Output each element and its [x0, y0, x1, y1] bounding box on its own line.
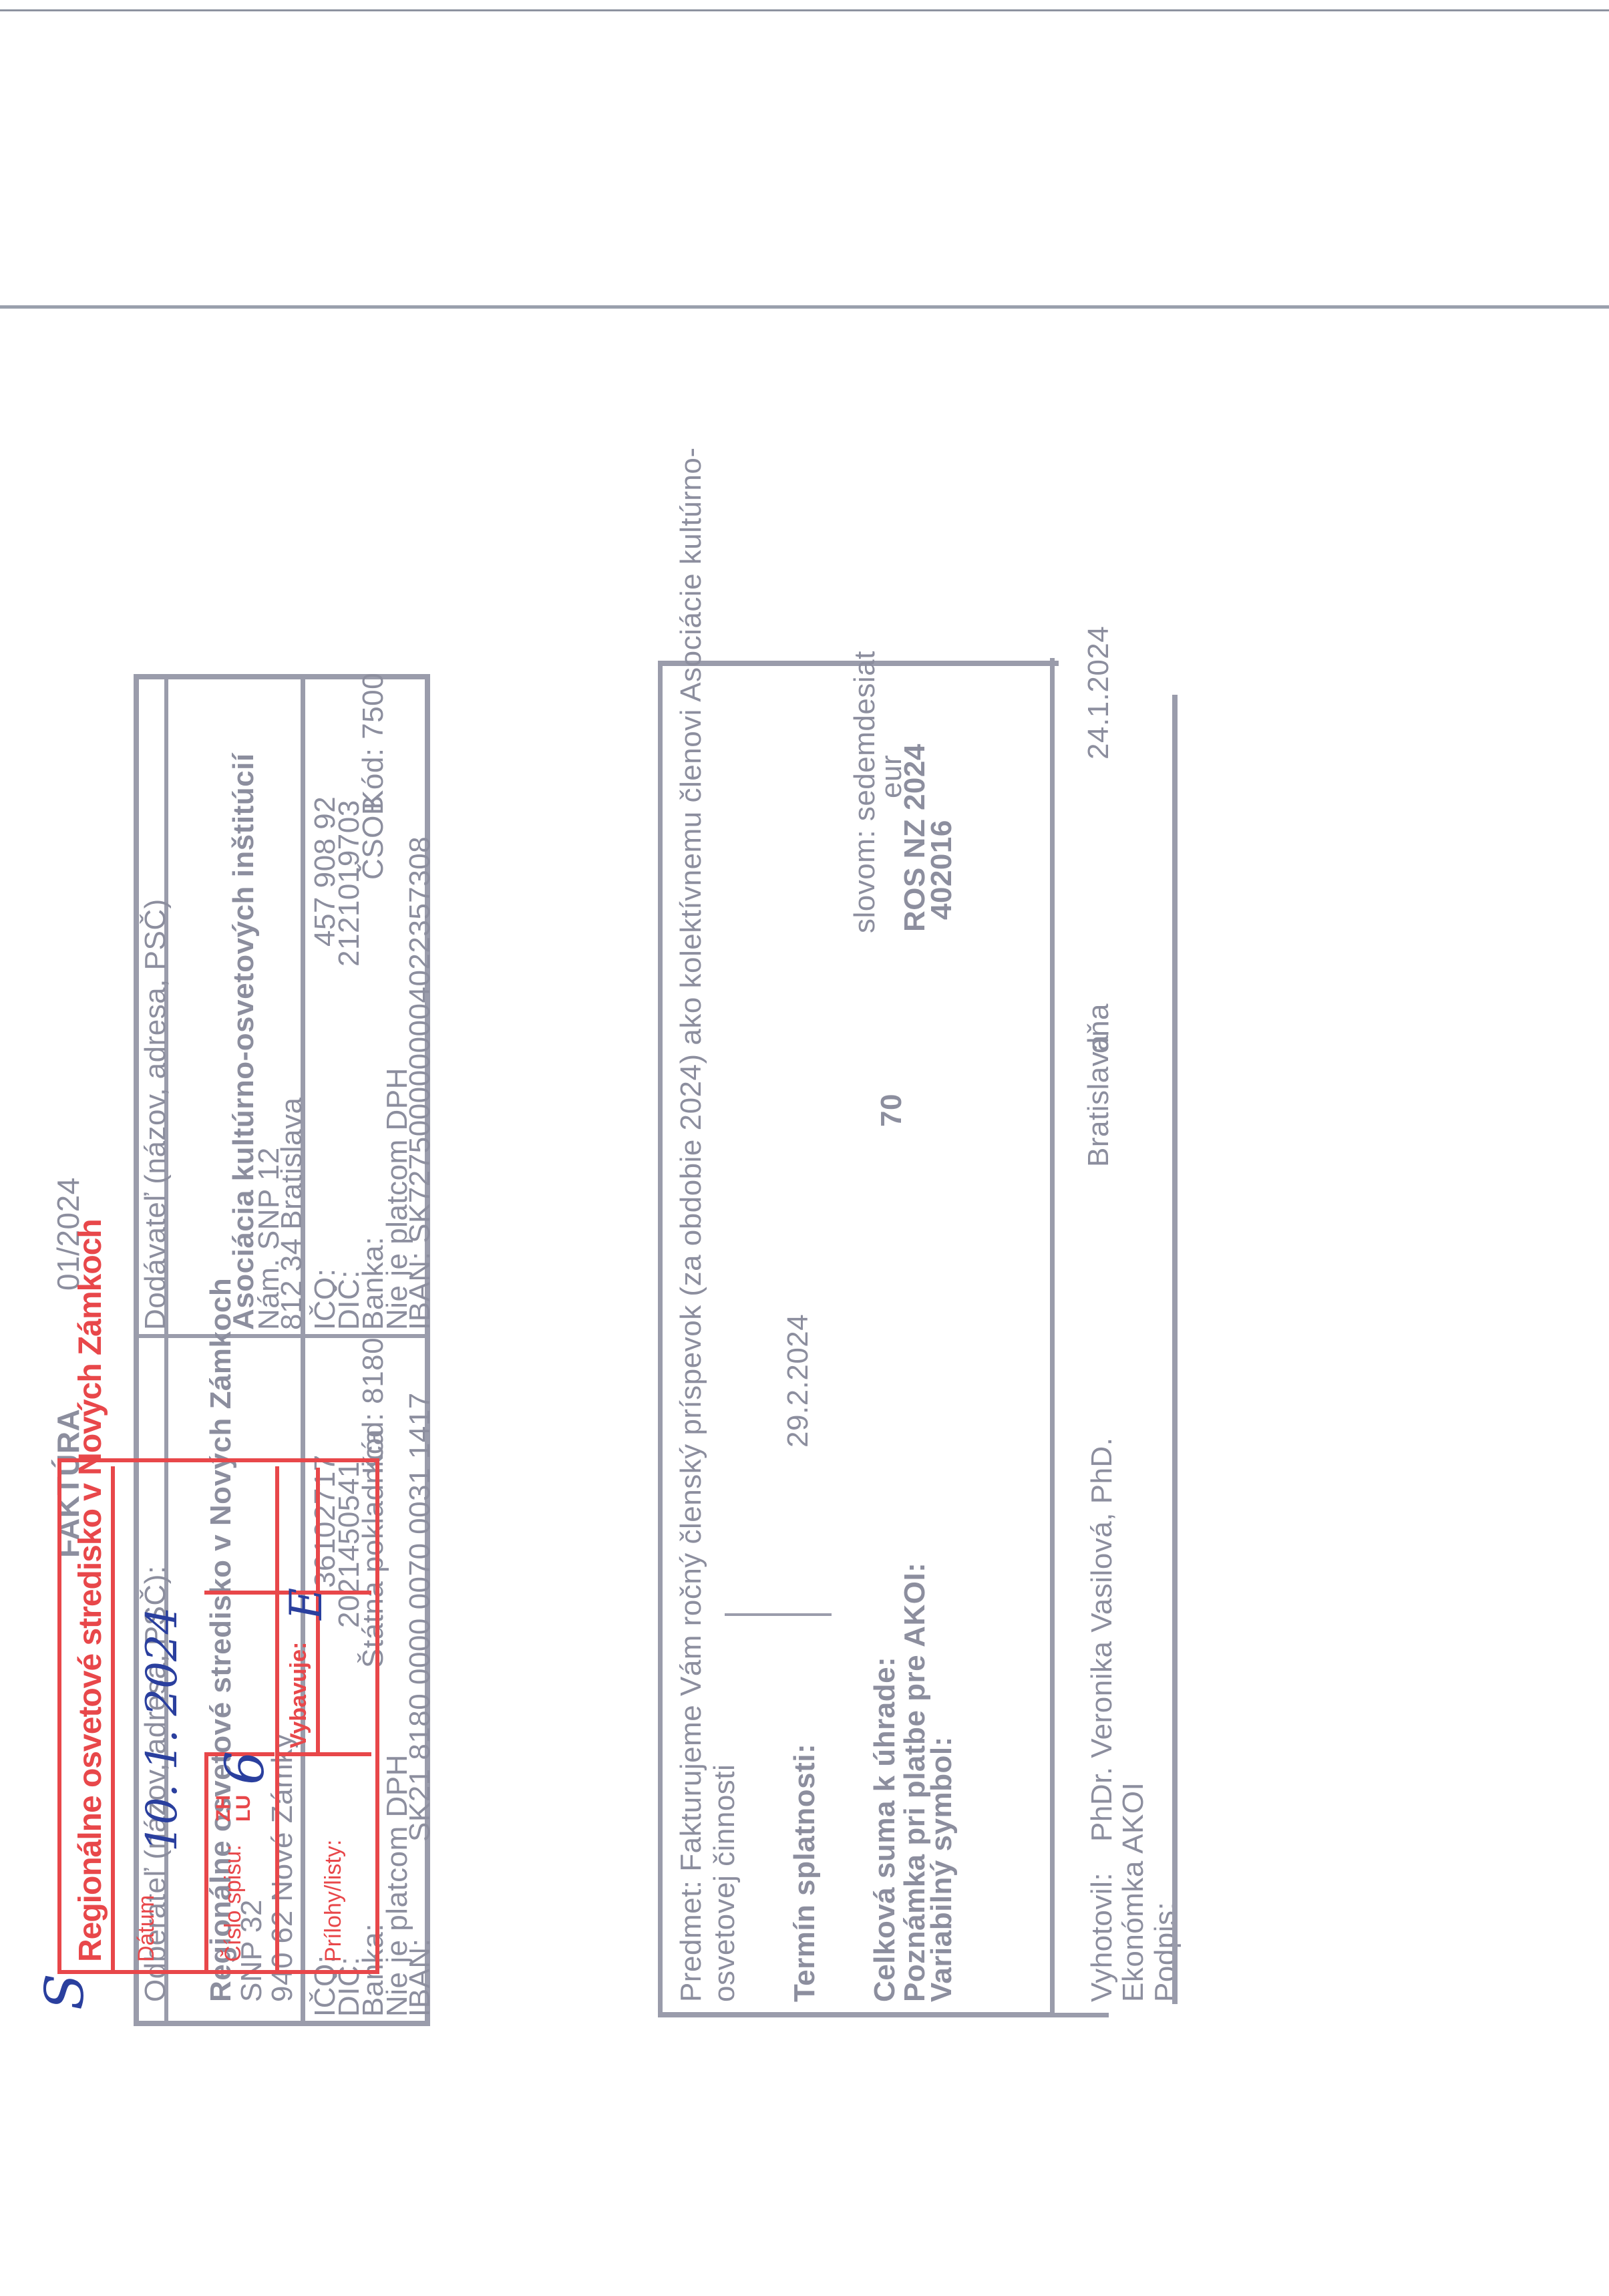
issued-label: Vyhotovil:	[1085, 1872, 1119, 2002]
date-label: dňa	[1082, 1003, 1115, 1053]
supplier-header: Dodávateľ (názov, adresa, PSČ)	[139, 898, 172, 1330]
issue-date: 24.1.2024	[1082, 626, 1115, 760]
signature-line	[1172, 695, 1178, 2004]
total-amount: 70	[875, 1094, 908, 1127]
due-date: 29.2.2024	[781, 1314, 815, 1448]
subject-line-1: Predmet: Fakturujeme Vám ročný členský p…	[675, 448, 708, 2002]
stamp-handler-label: Vybavuje:	[286, 1642, 312, 1748]
subject-line-2: osvetovej činnosti	[708, 1764, 741, 2002]
issued-role: Ekonómka AKOI	[1117, 1782, 1150, 2002]
stamp-org: Regionálne osvetové stredisko v Nových Z…	[72, 1219, 109, 1962]
total-label: Celková suma k úhrade:	[868, 1657, 902, 2002]
customer-bank-code: Kód: 8180	[357, 1337, 390, 1474]
scan-edge-line	[0, 305, 1609, 309]
place: Bratislava	[1082, 1035, 1115, 1167]
stamp-date-handwritten: 10. 1. 2024	[138, 1607, 187, 1852]
stamp-filing-label: Číslo spisu:	[220, 1844, 246, 1962]
stamp-handler-handwritten: E	[281, 1588, 332, 1620]
pen-mark: S	[33, 1973, 96, 2010]
due-label: Termín splatnosti:	[788, 1744, 822, 2002]
stamp-dept-code: ZH LU	[214, 1782, 254, 1822]
supplier-city: 812 34 Bratislava	[275, 1098, 309, 1331]
customer-iban-label: IBAN:	[403, 1939, 437, 2017]
variable-symbol-value: 402016	[925, 820, 958, 920]
customer-iban: SK21 8180 0000 0070 0031 1417	[403, 1392, 437, 1842]
invoice-page: FAKTÚRA 01/2024 Odberateľ (názov, adresa…	[0, 0, 1609, 2296]
variable-symbol-label: Variabilný symbol:	[925, 1736, 958, 2002]
stamp-date-label: Dátum	[134, 1895, 160, 1962]
stamp-filing-handwritten: 6	[214, 1751, 276, 1785]
supplier-bank-code: Kód: 7500	[357, 673, 390, 810]
stamp-attachments-label: Prílohy/listy:	[321, 1840, 347, 1962]
scan-edge-line	[0, 9, 1609, 11]
supplier-iban: IBAN: SK7275000000004022357308	[403, 836, 437, 1330]
issued-by: PhDr. Veronika Vasilová, PhD.	[1085, 1437, 1119, 1842]
